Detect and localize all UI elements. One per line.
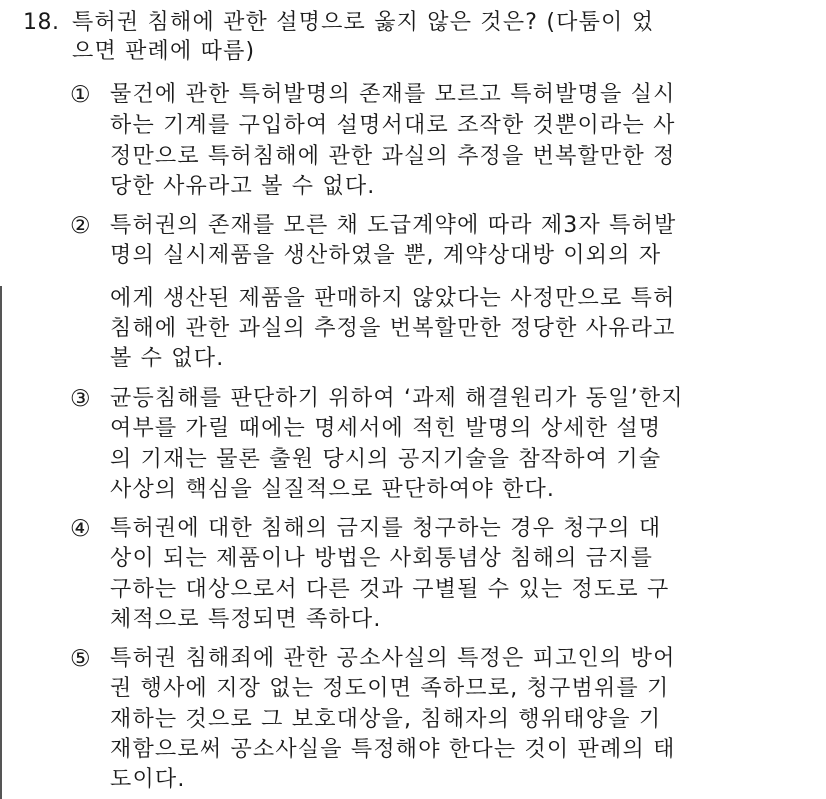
option-text-line: 여부를 가릴 때에는 명세서에 적힌 발명의 상세한 설명 <box>110 415 661 443</box>
option-text-line: 특허권에 대한 침해의 금지를 청구하는 경우 청구의 대 <box>110 515 661 543</box>
option-text-line: 균등침해를 판단하기 위하여 ‘과제 해결원리가 동일’한지 <box>110 385 684 413</box>
option-text-line: 재함으로써 공소사실을 특정해야 한다는 것이 판례의 태 <box>110 736 676 764</box>
option-text-line: 하는 기계를 구입하여 설명서대로 조작한 것뿐이라는 사 <box>110 112 676 140</box>
option-text-line: 구하는 대상으로서 다른 것과 구별될 수 있는 정도로 구 <box>110 576 670 604</box>
option-text-line: 특허권의 존재를 모른 채 도급계약에 따라 제3자 특허발 <box>110 212 677 240</box>
question-number: 18. <box>23 9 60 37</box>
option-text-line: 물건에 관한 특허발명의 존재를 모르고 특허발명을 실시 <box>110 81 676 109</box>
option-text-line: 명의 실시제품을 생산하였을 뿐, 계약상대방 이외의 자 <box>110 242 661 270</box>
option-text-line: 체적으로 특정되면 족하다. <box>110 606 382 634</box>
option-marker-5: ⑤ <box>70 645 91 673</box>
question-text-line: 특허권 침해에 관한 설명으로 옳지 않은 것은? (다툼이 었 <box>72 9 654 37</box>
option-text-line: 당한 사유라고 볼 수 없다. <box>110 173 376 201</box>
option-text-line: 상이 되는 제품이나 방법은 사회통념상 침해의 금지를 <box>110 545 653 573</box>
option-marker-2: ② <box>70 212 91 240</box>
option-text-line: 정만으로 특허침해에 관한 과실의 추정을 번복할만한 정 <box>110 143 676 171</box>
option-text-line: 재하는 것으로 그 보호대상을, 침해자의 행위태양을 기 <box>110 706 661 734</box>
option-text-line: 볼 수 없다. <box>110 345 224 373</box>
option-text-line: 침해에 관한 과실의 추정을 번복할만한 정당한 사유라고 <box>110 315 676 343</box>
page-margin-rule <box>0 286 2 799</box>
option-text-line: 에게 생산된 제품을 판매하지 않았다는 사정만으로 특허 <box>110 285 676 313</box>
option-text-line: 의 기재는 물론 출원 당시의 공지기술을 참작하여 기술 <box>110 446 661 474</box>
option-text-line: 권 행사에 지장 없는 정도이면 족하므로, 청구범위를 기 <box>110 675 670 703</box>
option-text-line: 도이다. <box>110 766 186 794</box>
option-text-line: 사상의 핵심을 실질적으로 판단하여야 한다. <box>110 476 555 504</box>
question-text-line: 으면 판례에 따름) <box>72 38 255 66</box>
option-text-line: 특허권 침해죄에 관한 공소사실의 특정은 피고인의 방어 <box>110 645 676 673</box>
option-marker-3: ③ <box>70 385 91 413</box>
option-marker-4: ④ <box>70 515 91 543</box>
option-marker-1: ① <box>70 81 91 109</box>
